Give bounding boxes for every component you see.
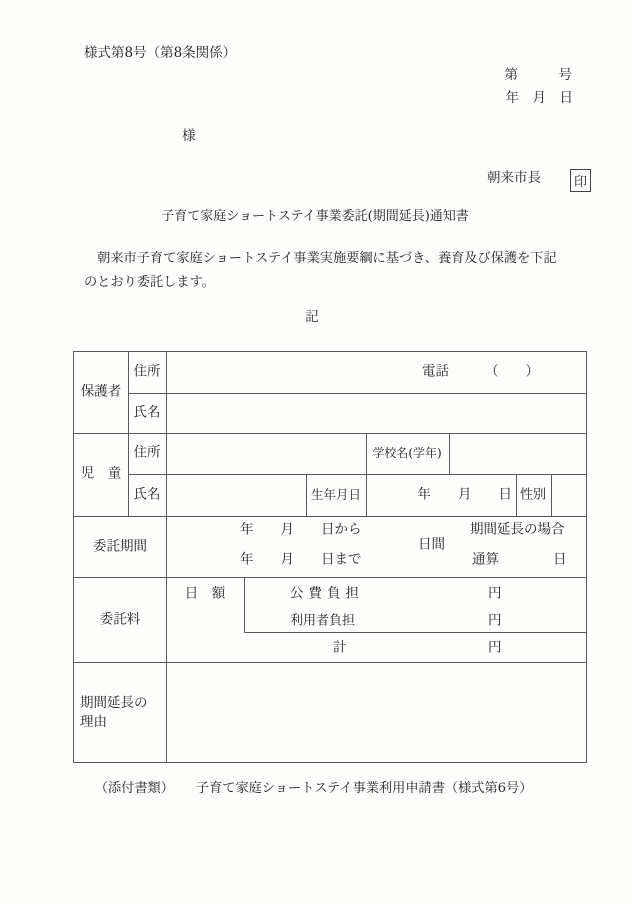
table-line: [128, 393, 586, 394]
child-header: 児 童: [81, 467, 122, 481]
child-gender-label: 性別: [520, 489, 546, 502]
guardian-header: 保護者: [81, 385, 122, 399]
table-line: [74, 516, 586, 517]
period-from-line: 年 月 日から: [240, 523, 362, 537]
body-line-2: のとおり委託します。: [84, 276, 215, 289]
attachment-note: （添付書類）子育て家庭ショートステイ事業利用申請書（様式第6号）: [78, 769, 532, 809]
attachment-label: （添付書類）: [95, 781, 174, 796]
fee-header: 委託料: [100, 613, 141, 627]
document-title: 子育て家庭ショートステイ事業委託(期間延長)通知書: [161, 210, 469, 223]
table-line: [74, 577, 586, 578]
period-total-label: 通算: [472, 553, 499, 567]
fee-public-label: 公費負担: [290, 587, 364, 601]
fee-user-label: 利用者負担: [290, 615, 355, 628]
addressee-suffix: 様: [182, 130, 196, 144]
fee-user-unit: 円: [488, 614, 502, 628]
period-days-label: 日間: [418, 538, 445, 552]
table-line: [366, 433, 367, 516]
body-line-1: 朝来市子育て家庭ショートステイ事業実施要綱に基づき、養育及び保護を下記: [84, 252, 557, 265]
seal-mark: 印: [574, 171, 587, 190]
table-line: [306, 474, 307, 516]
table-line: [244, 632, 586, 633]
period-to-line: 年 月 日まで: [240, 553, 362, 567]
commission-table: 保護者 住所 電話 （ ） 氏名 児 童 住所 学校名(学年) 氏名 生年月日 …: [73, 351, 587, 763]
fee-total-unit: 円: [488, 641, 502, 655]
table-line: [551, 474, 552, 516]
table-line: [166, 352, 167, 762]
table-line: [244, 577, 245, 632]
child-name-label: 氏名: [134, 488, 161, 502]
guardian-address-label: 住所: [134, 365, 161, 379]
guardian-name-label: 氏名: [134, 406, 161, 420]
seal-mark-box: 印: [570, 169, 591, 192]
guardian-phone-label: 電話: [422, 365, 449, 379]
document-number-line: 第 号: [505, 69, 573, 83]
table-line: [128, 474, 586, 475]
fee-daily-label: 日 額: [185, 587, 226, 601]
guardian-phone-parens: （ ）: [485, 365, 539, 379]
fee-public-unit: 円: [488, 587, 502, 601]
period-total-unit: 日: [553, 553, 567, 567]
table-line: [128, 352, 129, 516]
table-line: [449, 433, 450, 474]
period-extension-note: 期間延長の場合: [470, 523, 565, 537]
document-page: 様式第8号（第8条関係） 第 号 年 月 日 様 朝来市長 印 子育て家庭ショー…: [0, 0, 630, 903]
period-header: 委託期間: [93, 540, 147, 554]
issuer-name: 朝来市長: [487, 172, 541, 186]
fee-total-label: 計: [333, 641, 347, 655]
table-line: [74, 662, 586, 663]
attachment-text: 子育て家庭ショートステイ事業利用申請書（様式第6号）: [196, 781, 533, 796]
child-address-label: 住所: [134, 446, 161, 460]
child-birthdate-placeholder: 年 月 日: [418, 488, 513, 502]
table-line: [516, 474, 517, 516]
date-line: 年 月 日: [506, 92, 574, 106]
table-line: [74, 433, 586, 434]
child-birthdate-label: 生年月日: [311, 489, 361, 502]
form-number: 様式第8号（第8条関係）: [84, 47, 236, 61]
child-school-label: 学校名(学年): [372, 447, 441, 459]
extension-reason-header: 期間延長の理由: [80, 694, 160, 732]
record-mark: 記: [305, 311, 319, 325]
